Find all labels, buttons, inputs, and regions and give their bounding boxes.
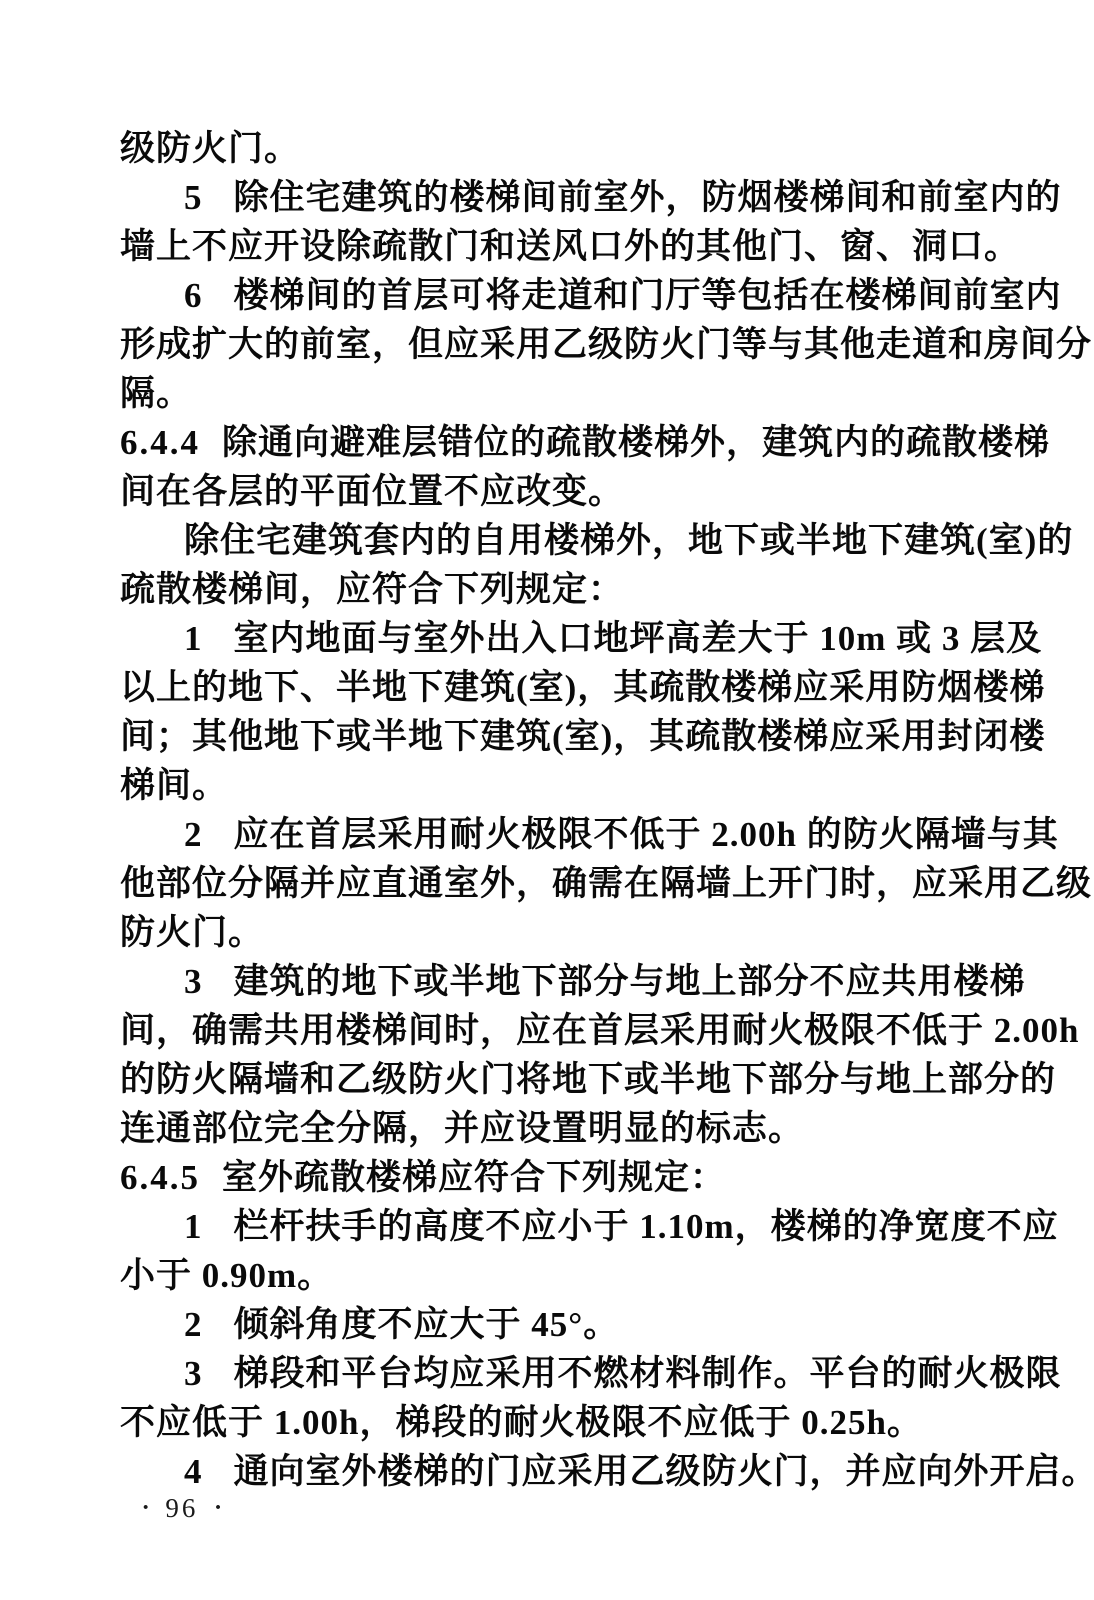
line-text: 梯段和平台均应采用不燃材料制作。平台的耐火极限 — [234, 1354, 1062, 1393]
line-text: 梯间。 — [120, 766, 228, 805]
line-text: 级防火门。 — [120, 129, 300, 168]
text-line: 4通向室外楼梯的门应采用乙级防火门，并应向外开启。 — [120, 1447, 994, 1496]
text-line: 3梯段和平台均应采用不燃材料制作。平台的耐火极限 — [120, 1349, 994, 1398]
page-number: 96 — [165, 1493, 198, 1524]
item-number: 2 — [184, 1300, 204, 1349]
line-text: 疏散楼梯间，应符合下列规定： — [120, 570, 624, 609]
line-text: 的防火隔墙和乙级防火门将地下或半地下部分与地上部分的 — [120, 1060, 1056, 1099]
text-line: 的防火隔墙和乙级防火门将地下或半地下部分与地上部分的 — [120, 1055, 994, 1104]
line-text: 栏杆扶手的高度不应小于 1.10m，楼梯的净宽度不应 — [234, 1207, 1059, 1246]
item-number: 6 — [184, 271, 204, 320]
text-line: 间；其他地下或半地下建筑(室)，其疏散楼梯应采用封闭楼 — [120, 712, 994, 761]
item-number: 1 — [184, 614, 204, 663]
text-line: 他部位分隔并应直通室外，确需在隔墙上开门时，应采用乙级 — [120, 859, 994, 908]
text-line: 梯间。 — [120, 761, 994, 810]
item-number: 2 — [184, 810, 204, 859]
item-number: 3 — [184, 1349, 204, 1398]
clause-number: 6.4.4 — [120, 418, 200, 467]
text-line: 隔。 — [120, 369, 994, 418]
text-line: 1室内地面与室外出入口地坪高差大于 10m 或 3 层及 — [120, 614, 994, 663]
page-footer: · 96 · — [140, 1489, 224, 1527]
line-text: 连通部位完全分隔，并应设置明显的标志。 — [120, 1109, 804, 1148]
line-text: 防火门。 — [120, 913, 264, 952]
line-text: 隔。 — [120, 374, 192, 413]
text-line: 防火门。 — [120, 908, 994, 957]
line-text: 室内地面与室外出入口地坪高差大于 10m 或 3 层及 — [234, 619, 1043, 658]
line-text: 形成扩大的前室，但应采用乙级防火门等与其他走道和房间分 — [120, 325, 1092, 364]
text-line: 5除住宅建筑的楼梯间前室外，防烟楼梯间和前室内的 — [120, 173, 994, 222]
line-text: 他部位分隔并应直通室外，确需在隔墙上开门时，应采用乙级 — [120, 864, 1092, 903]
line-text: 除住宅建筑套内的自用楼梯外，地下或半地下建筑(室)的 — [184, 521, 1073, 560]
line-text: 间，确需共用楼梯间时，应在首层采用耐火极限不低于 2.00h — [120, 1011, 1079, 1050]
text-line: 6.4.5室外疏散楼梯应符合下列规定： — [120, 1153, 994, 1202]
text-line: 以上的地下、半地下建筑(室)，其疏散楼梯应采用防烟楼梯 — [120, 663, 994, 712]
text-line: 2应在首层采用耐火极限不低于 2.00h 的防火隔墙与其 — [120, 810, 994, 859]
text-line: 6楼梯间的首层可将走道和门厅等包括在楼梯间前室内 — [120, 271, 994, 320]
text-line: 间在各层的平面位置不应改变。 — [120, 467, 994, 516]
line-text: 室外疏散楼梯应符合下列规定： — [222, 1158, 726, 1197]
line-text: 间在各层的平面位置不应改变。 — [120, 472, 624, 511]
line-text: 以上的地下、半地下建筑(室)，其疏散楼梯应采用防烟楼梯 — [120, 668, 1045, 707]
line-text: 建筑的地下或半地下部分与地上部分不应共用楼梯 — [234, 962, 1026, 1001]
document-body: 级防火门。5除住宅建筑的楼梯间前室外，防烟楼梯间和前室内的墙上不应开设除疏散门和… — [120, 124, 994, 1496]
text-line: 2倾斜角度不应大于 45°。 — [120, 1300, 994, 1349]
footer-bullet-left: · — [140, 1489, 151, 1527]
text-line: 小于 0.90m。 — [120, 1251, 994, 1300]
text-line: 级防火门。 — [120, 124, 994, 173]
text-line: 不应低于 1.00h，梯段的耐火极限不应低于 0.25h。 — [120, 1398, 994, 1447]
footer-bullet-right: · — [212, 1489, 223, 1527]
line-text: 除通向避难层错位的疏散楼梯外，建筑内的疏散楼梯 — [222, 423, 1050, 462]
line-text: 不应低于 1.00h，梯段的耐火极限不应低于 0.25h。 — [120, 1403, 923, 1442]
text-line: 疏散楼梯间，应符合下列规定： — [120, 565, 994, 614]
text-line: 墙上不应开设除疏散门和送风口外的其他门、窗、洞口。 — [120, 222, 994, 271]
text-line: 连通部位完全分隔，并应设置明显的标志。 — [120, 1104, 994, 1153]
page: 级防火门。5除住宅建筑的楼梯间前室外，防烟楼梯间和前室内的墙上不应开设除疏散门和… — [0, 0, 1094, 1600]
text-line: 3建筑的地下或半地下部分与地上部分不应共用楼梯 — [120, 957, 994, 1006]
line-text: 倾斜角度不应大于 45°。 — [234, 1305, 620, 1344]
text-line: 间，确需共用楼梯间时，应在首层采用耐火极限不低于 2.00h — [120, 1006, 994, 1055]
item-number: 5 — [184, 173, 204, 222]
line-text: 楼梯间的首层可将走道和门厅等包括在楼梯间前室内 — [234, 276, 1062, 315]
clause-number: 6.4.5 — [120, 1153, 200, 1202]
text-line: 6.4.4除通向避难层错位的疏散楼梯外，建筑内的疏散楼梯 — [120, 418, 994, 467]
item-number: 1 — [184, 1202, 204, 1251]
text-line: 除住宅建筑套内的自用楼梯外，地下或半地下建筑(室)的 — [120, 516, 994, 565]
line-text: 小于 0.90m。 — [120, 1256, 333, 1295]
line-text: 应在首层采用耐火极限不低于 2.00h 的防火隔墙与其 — [234, 815, 1059, 854]
line-text: 通向室外楼梯的门应采用乙级防火门，并应向外开启。 — [234, 1452, 1094, 1491]
line-text: 墙上不应开设除疏散门和送风口外的其他门、窗、洞口。 — [120, 227, 1020, 266]
line-text: 间；其他地下或半地下建筑(室)，其疏散楼梯应采用封闭楼 — [120, 717, 1045, 756]
text-line: 1栏杆扶手的高度不应小于 1.10m，楼梯的净宽度不应 — [120, 1202, 994, 1251]
item-number: 3 — [184, 957, 204, 1006]
line-text: 除住宅建筑的楼梯间前室外，防烟楼梯间和前室内的 — [234, 178, 1062, 217]
text-line: 形成扩大的前室，但应采用乙级防火门等与其他走道和房间分 — [120, 320, 994, 369]
